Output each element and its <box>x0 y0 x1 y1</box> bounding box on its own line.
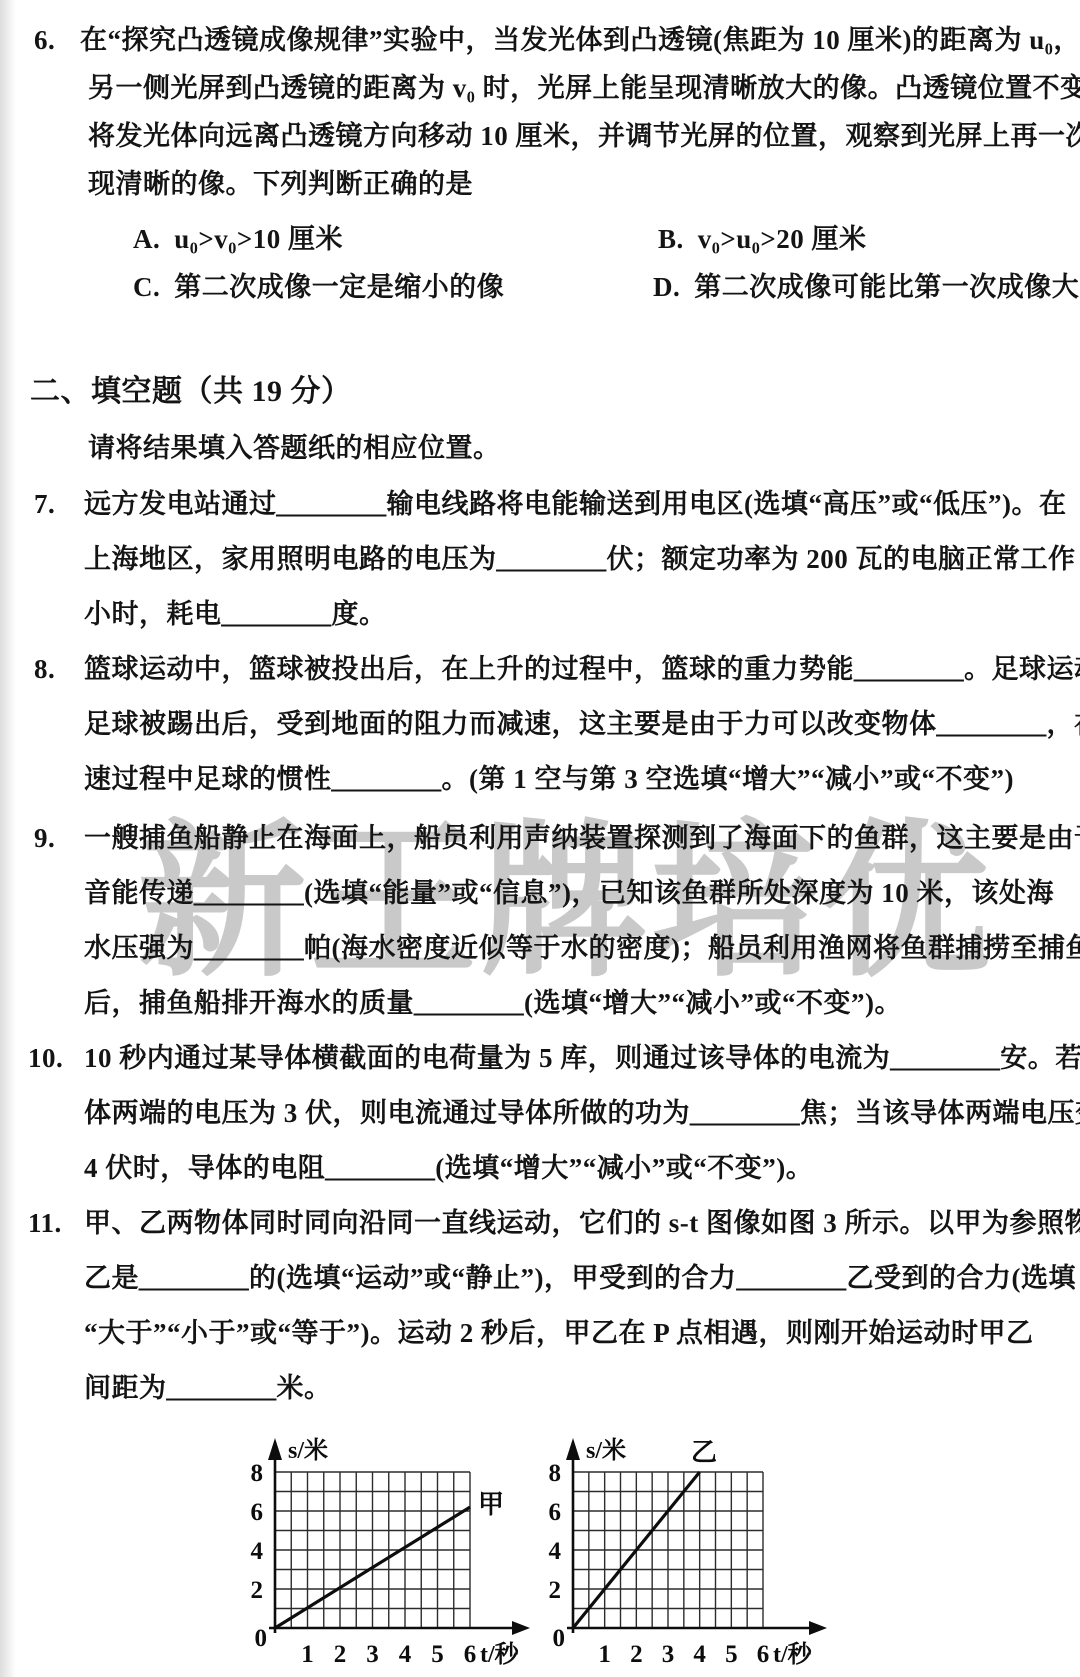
x-tick-label: 4 <box>693 1641 706 1668</box>
question-line: 篮球运动中，篮球被投出后，在上升的过程中，篮球的重力势能＿＿＿＿。足球运动中， <box>84 651 1080 687</box>
origin-label: 0 <box>553 1625 566 1652</box>
scan-edge-shadow <box>0 0 16 1677</box>
question-number: 10. <box>28 1040 63 1076</box>
x-tick-label: 2 <box>334 1641 347 1668</box>
y-tick-label: 2 <box>549 1577 562 1604</box>
option-label: A. <box>133 224 160 254</box>
x-tick-label: 3 <box>366 1641 379 1668</box>
section-instruction: 请将结果填入答题纸的相应位置。 <box>88 430 501 466</box>
option-text: u₀>v₀>10 厘米 <box>174 224 343 254</box>
option-text: 第二次成像一定是缩小的像 <box>174 272 504 302</box>
y-tick-label: 8 <box>251 1460 264 1487</box>
x-tick-label: 6 <box>757 1641 770 1668</box>
question-line: 间距为＿＿＿＿米。 <box>84 1370 332 1406</box>
option-text: v₀>u₀>20 厘米 <box>698 224 867 254</box>
x-axis-label: t/秒 <box>480 1641 520 1668</box>
series-label: 乙 <box>691 1438 717 1467</box>
st-graph-yi: s/米t/秒86421234560乙 <box>520 1415 852 1677</box>
y-tick-label: 4 <box>251 1538 264 1565</box>
series-label: 甲 <box>478 1490 504 1519</box>
question-number: 11. <box>28 1205 62 1241</box>
st-chart-svg: s/米t/秒86421234560甲 <box>220 1415 552 1677</box>
question-line: 水压强为＿＿＿＿帕(海水密度近似等于水的密度)；船员利用渔网将鱼群捕捞至捕鱼船 <box>84 930 1080 966</box>
x-tick-label: 1 <box>301 1641 314 1668</box>
x-tick-label: 4 <box>399 1641 412 1668</box>
question-line: 将发光体向远离凸透镜方向移动 10 厘米，并调节光屏的位置，观察到光屏上再一次呈 <box>88 118 1080 154</box>
st-chart-svg: s/米t/秒86421234560乙 <box>520 1415 852 1677</box>
question-line: 甲、乙两物体同时同向沿同一直线运动，它们的 s-t 图像如图 3 所示。以甲为参… <box>84 1205 1080 1241</box>
section-heading: 二、填空题（共 19 分） <box>30 374 352 410</box>
question-line: 另一侧光屏到凸透镜的距离为 v₀ 时，光屏上能呈现清晰放大的像。凸透镜位置不变， <box>88 70 1080 106</box>
x-tick-label: 5 <box>431 1641 444 1668</box>
question-line: 现清晰的像。下列判断正确的是 <box>88 166 473 202</box>
option-b: B.v₀>u₀>20 厘米 <box>658 221 867 257</box>
option-label: D. <box>653 272 680 302</box>
option-label: B. <box>658 224 684 254</box>
y-tick-label: 6 <box>549 1499 562 1526</box>
y-tick-label: 8 <box>549 1460 562 1487</box>
question-number: 8. <box>34 651 55 687</box>
question-line: 4 伏时，导体的电阻＿＿＿＿(选填“增大”“减小”或“不变”)。 <box>84 1150 813 1186</box>
y-axis-label: s/米 <box>586 1437 626 1464</box>
y-tick-label: 2 <box>251 1577 264 1604</box>
option-c: C.第二次成像一定是缩小的像 <box>133 269 504 305</box>
exam-page: 新王牌培优 6. 在“探究凸透镜成像规律”实验中，当发光体到凸透镜(焦距为 10… <box>0 0 1080 1677</box>
question-line: 10 秒内通过某导体横截面的电荷量为 5 库，则通过该导体的电流为＿＿＿＿安。若… <box>84 1040 1080 1076</box>
question-line: 在“探究凸透镜成像规律”实验中，当发光体到凸透镜(焦距为 10 厘米)的距离为 … <box>80 22 1080 58</box>
question-line: 乙是＿＿＿＿的(选填“运动”或“静止”)，甲受到的合力＿＿＿＿乙受到的合力(选填 <box>84 1260 1076 1296</box>
question-line: 体两端的电压为 3 伏，则电流通过导体所做的功为＿＿＿＿焦；当该导体两端电压变为 <box>84 1095 1080 1131</box>
question-line: 足球被踢出后，受到地面的阻力而减速，这主要是由于力可以改变物体＿＿＿＿，在减 <box>84 706 1080 742</box>
y-axis-label: s/米 <box>288 1437 328 1464</box>
x-axis-label: t/秒 <box>773 1641 813 1668</box>
y-tick-label: 6 <box>251 1499 264 1526</box>
question-line: 后，捕鱼船排开海水的质量＿＿＿＿(选填“增大”“减小”或“不变”)。 <box>84 985 902 1021</box>
x-tick-label: 3 <box>662 1641 675 1668</box>
question-line: 上海地区，家用照明电路的电压为＿＿＿＿伏；额定功率为 200 瓦的电脑正常工作 … <box>84 541 1080 577</box>
question-number: 7. <box>34 486 55 522</box>
x-tick-label: 6 <box>464 1641 477 1668</box>
st-graph-jia: s/米t/秒86421234560甲 <box>220 1415 552 1677</box>
question-number: 9. <box>34 820 55 856</box>
x-tick-label: 1 <box>598 1641 611 1668</box>
question-line: 一艘捕鱼船静止在海面上，船员利用声纳装置探测到了海面下的鱼群，这主要是由于声 <box>84 820 1080 856</box>
option-text: 第二次成像可能比第一次成像大 <box>694 272 1079 302</box>
x-tick-label: 5 <box>725 1641 738 1668</box>
question-line: 远方发电站通过＿＿＿＿输电线路将电能输送到用电区(选填“高压”或“低压”)。在 <box>84 486 1066 522</box>
origin-label: 0 <box>255 1625 268 1652</box>
x-tick-label: 2 <box>630 1641 643 1668</box>
option-label: C. <box>133 272 160 302</box>
y-tick-label: 4 <box>549 1538 562 1565</box>
option-d: D.第二次成像可能比第一次成像大 <box>653 269 1079 305</box>
question-line: 速过程中足球的惯性＿＿＿＿。(第 1 空与第 3 空选填“增大”“减小”或“不变… <box>84 761 1014 797</box>
question-line: 小时，耗电＿＿＿＿度。 <box>84 596 387 632</box>
question-line: 音能传递＿＿＿＿(选填“能量”或“信息”)，已知该鱼群所处深度为 10 米，该处… <box>84 875 1054 911</box>
question-line: “大于”“小于”或“等于”)。运动 2 秒后，甲乙在 P 点相遇，则刚开始运动时… <box>84 1315 1034 1351</box>
question-number: 6. <box>34 22 55 58</box>
option-a: A.u₀>v₀>10 厘米 <box>133 221 343 257</box>
